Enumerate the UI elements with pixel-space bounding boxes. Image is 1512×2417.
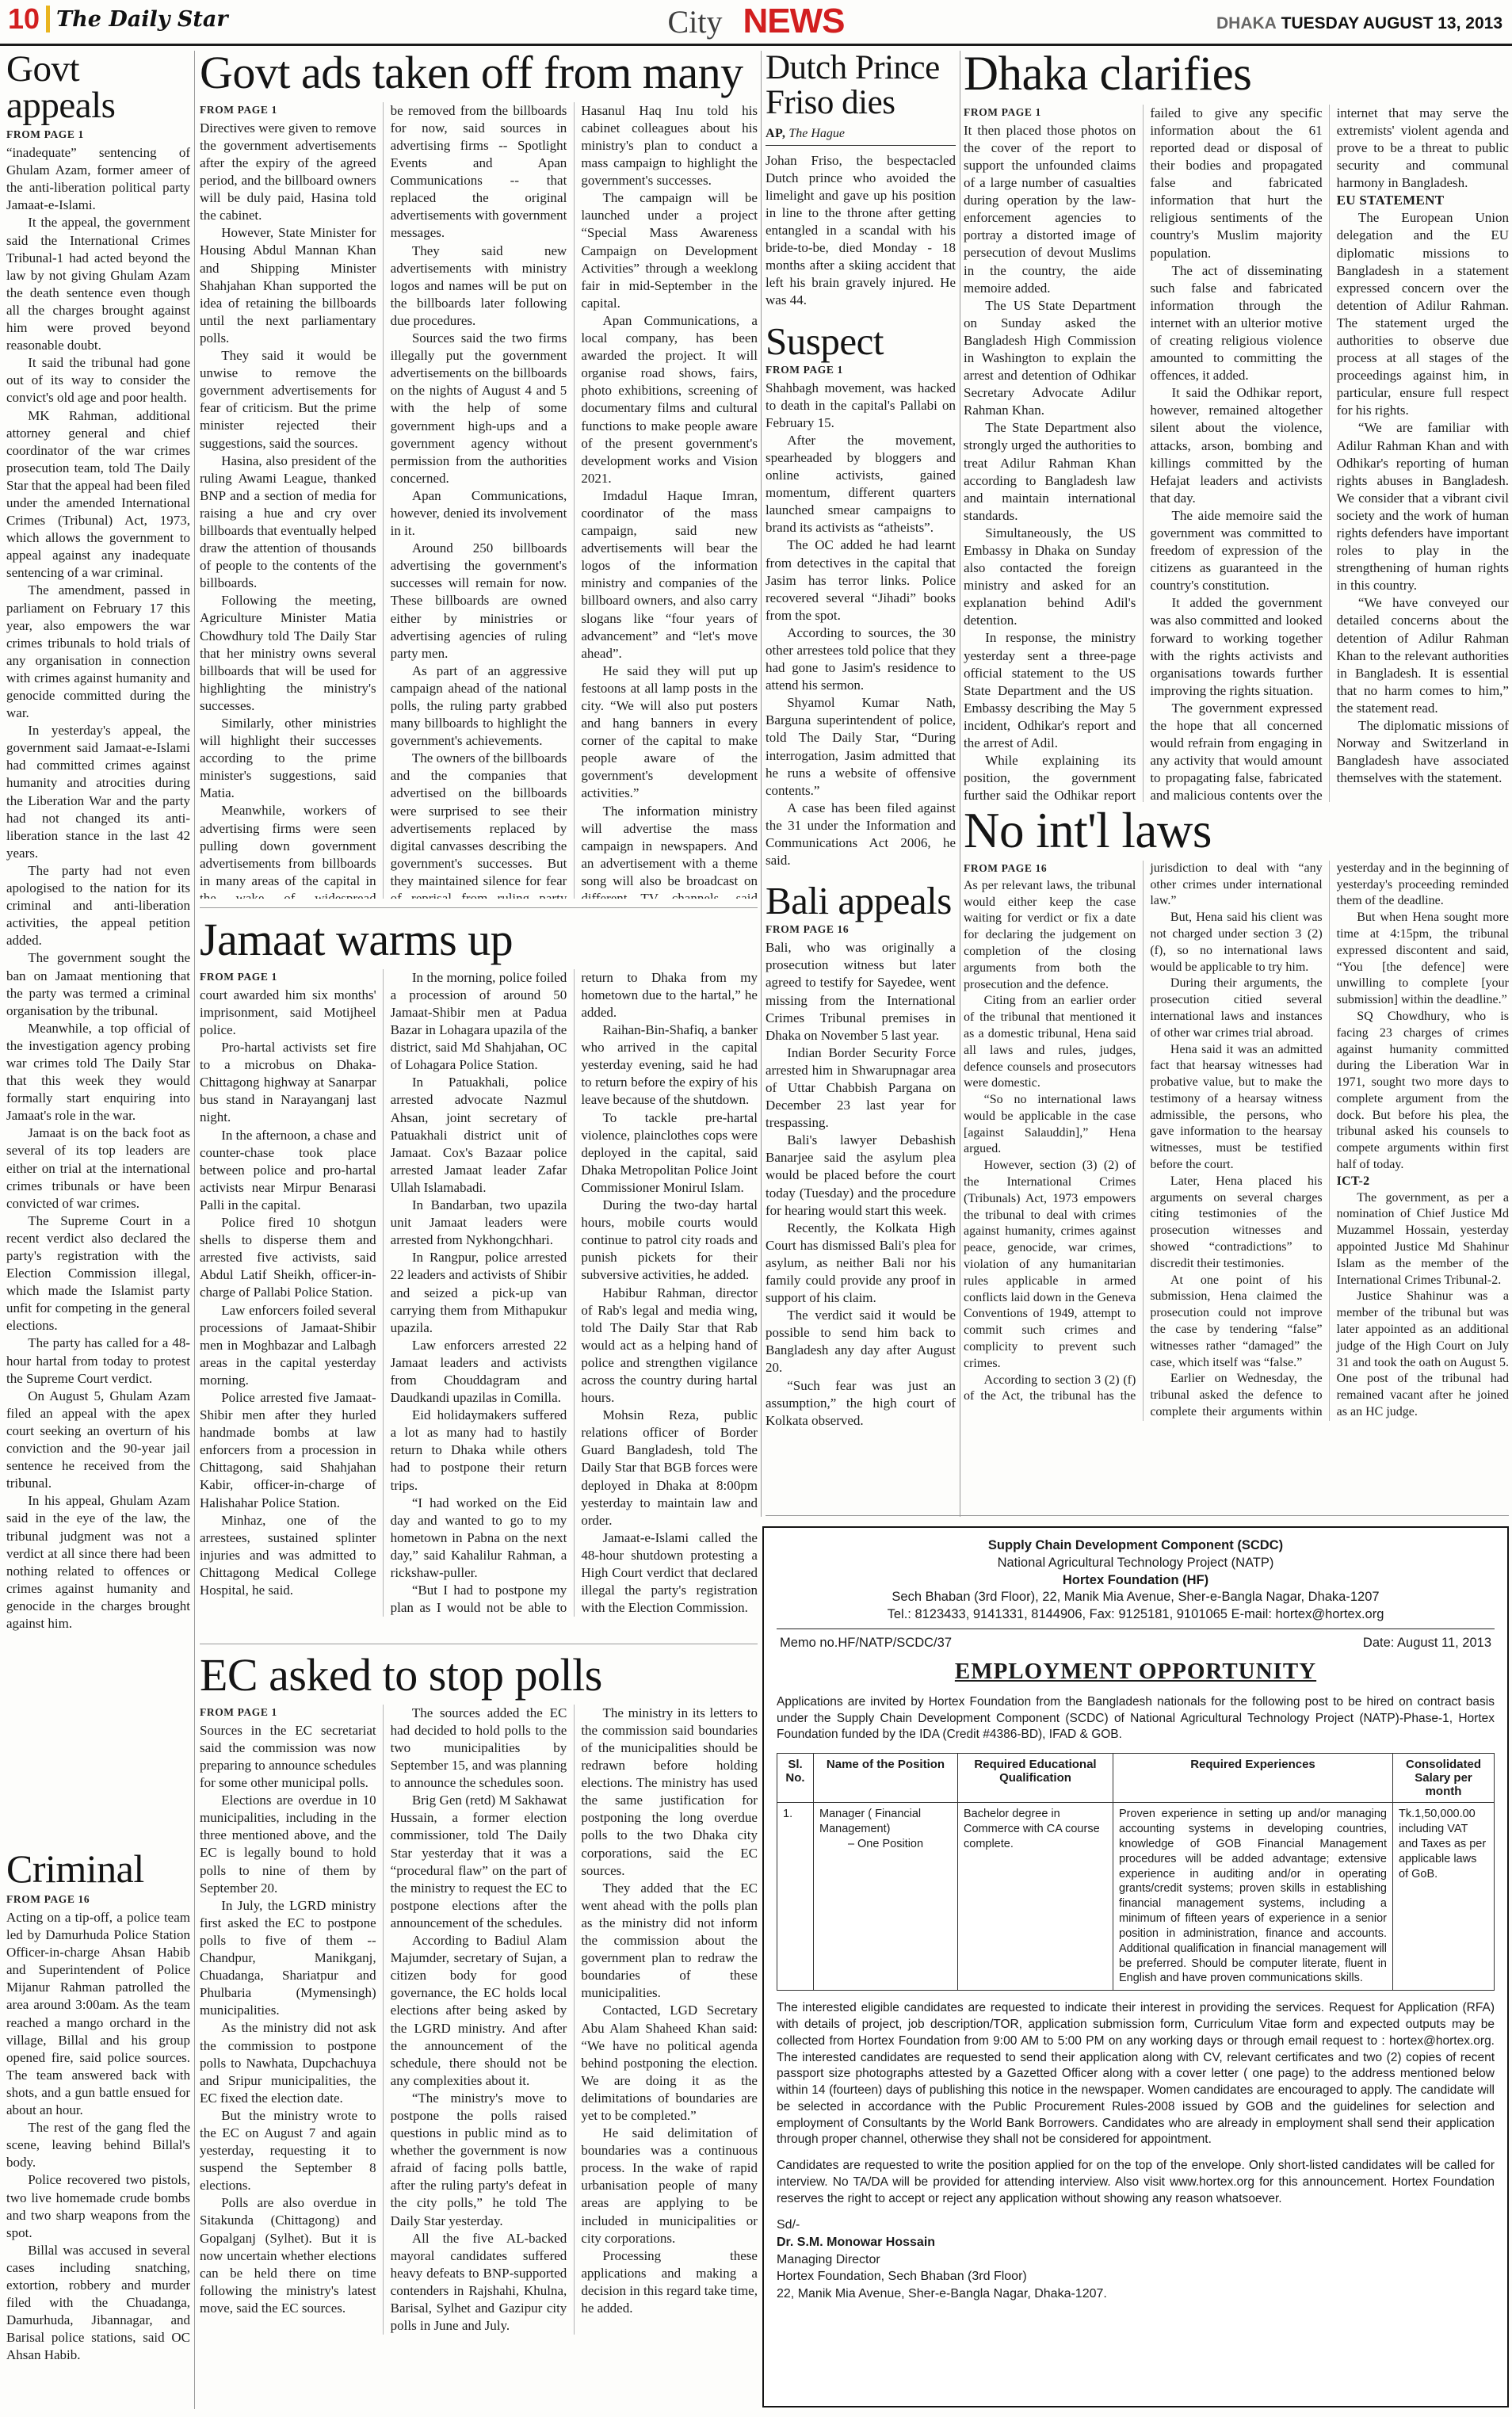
ad-date: Date: August 11, 2013 [1363,1636,1491,1651]
cell-salary: Tk.1,50,000.00 including VAT and Taxes a… [1393,1803,1495,1991]
body-no-intl-laws: FROM PAGE 16 As per relevant laws, the t… [964,861,1509,1421]
page-number: 10 [8,5,40,33]
column-rule-2 [761,51,762,1517]
section-title: City NEWS [668,2,845,41]
byline-agency: AP, [766,127,785,140]
table-row: 1. Manager ( Financial Management) – One… [777,1803,1495,1991]
cell-position: Manager ( Financial Management) – One Po… [814,1803,958,1991]
article-govt-ads: Govt ads taken off from many FROM PAGE 1… [200,51,758,899]
th-sl-no: Sl. No. [777,1754,814,1803]
kicker-ec-polls: FROM PAGE 1 [200,1706,376,1719]
byline-place: The Hague [788,127,845,140]
ad-org-header: Supply Chain Development Component (SCDC… [777,1537,1495,1624]
headline-dutch-prince: Dutch Prince Friso dies [766,51,956,120]
kicker-jamaat: FROM PAGE 1 [200,971,376,983]
separator-jamaat-ec [200,1644,758,1644]
th-position: Name of the Position [814,1754,958,1803]
body-jamaat: FROM PAGE 1 court awarded him six months… [200,969,758,1617]
byline-dutch-prince: AP, The Hague [766,127,956,146]
masthead-divider-bar [46,6,50,32]
ad-title: EMPLOYMENT OPPORTUNITY [777,1659,1495,1685]
kicker-suspect: FROM PAGE 1 [766,364,956,376]
column-5: Dutch Prince Friso dies AP, The Hague Jo… [766,51,956,1515]
cell-position-count: – One Position [819,1837,952,1852]
body-criminal: Acting on a tip-off, a police team led b… [6,1909,190,2364]
advertisement-hortex: Supply Chain Development Component (SCDC… [762,1526,1509,2407]
cell-qualification: Bachelor degree in Commerce with CA cour… [958,1803,1113,1991]
section-news-label: NEWS [743,2,844,41]
masthead-left: 10 The Daily Star [8,5,228,33]
kicker-dhaka-clarifies: FROM PAGE 1 [964,106,1136,119]
cell-sl-no: 1. [777,1803,814,1991]
kicker-govt-ads: FROM PAGE 1 [200,104,376,116]
kicker-govt-appeals: FROM PAGE 1 [6,128,190,141]
article-no-intl-laws: No int'l laws FROM PAGE 16 As per releva… [964,807,1509,1518]
ad-signature-block: Sd/-Dr. S.M. Monowar HossainManaging Dir… [777,2217,1495,2302]
headline-dhaka-clarifies: Dhaka clarifies [964,51,1509,98]
article-dhaka-clarifies: Dhaka clarifies FROM PAGE 1 It then plac… [964,51,1509,802]
headline-ec-polls: EC asked to stop polls [200,1653,758,1698]
column-rule-3 [960,51,960,1517]
ad-header-rule [777,1629,1495,1629]
cell-experience: Proven experience in setting up and/or m… [1113,1803,1393,1991]
body-suspect: Shahbagh movement, was hacked to death i… [766,380,956,870]
article-criminal: Criminal FROM PAGE 16 Acting on a tip-of… [6,1850,190,2409]
body-dutch-prince: Johan Friso, the bespectacled Dutch prin… [766,152,956,310]
separator-govtads-jamaat [200,907,758,908]
ad-para-application: The interested eligible candidates are r… [777,2000,1495,2148]
headline-govt-ads: Govt ads taken off from many [200,51,758,96]
paragraphs-dhaka-clarifies: It then placed those photos on the cover… [964,105,1509,802]
ad-memo-row: Memo no.HF/NATP/SCDC/37 Date: August 11,… [780,1636,1491,1651]
article-jamaat: Jamaat warms up FROM PAGE 1 court awarde… [200,918,758,1636]
ad-para-envelope: Candidates are requested to write the po… [777,2158,1495,2207]
ad-position-table: Sl. No. Name of the Position Required Ed… [777,1753,1495,1991]
dateline-city: DHAKA [1216,14,1277,32]
body-dhaka-clarifies: FROM PAGE 1 It then placed those photos … [964,105,1509,802]
table-header-row: Sl. No. Name of the Position Required Ed… [777,1754,1495,1803]
masthead: 10 The Daily Star City NEWS DHAKA TUESDA… [0,0,1512,46]
paper-title: The Daily Star [56,7,228,32]
body-govt-appeals: “inadequate” sentencing of Ghulam Azam, … [6,144,190,1632]
th-salary: Consolidated Salary per month [1393,1754,1495,1803]
paragraphs-govt-ads: Directives were given to remove the gove… [200,102,758,899]
section-city-label: City [668,3,723,40]
body-bali-appeals: Bali, who was originally a prosecution w… [766,939,956,1430]
headline-bali-appeals: Bali appeals [766,882,956,920]
headline-criminal: Criminal [6,1850,190,1888]
article-ec-polls: EC asked to stop polls FROM PAGE 1 Sourc… [200,1653,758,2407]
ad-memo-number: Memo no.HF/NATP/SCDC/37 [780,1636,952,1651]
th-experiences: Required Experiences [1113,1754,1393,1803]
paragraphs-ec-polls: Sources in the EC secretariat said the c… [200,1705,758,2335]
dateline-date: TUESDAY AUGUST 13, 2013 [1281,14,1502,32]
article-govt-appeals: Govt appeals FROM PAGE 1 “inadequate” se… [6,51,190,1843]
article-dutch-prince: Dutch Prince Friso dies AP, The Hague Jo… [766,51,956,310]
th-qualification: Required Educational Qualification [958,1754,1113,1803]
ad-intro: Applications are invited by Hortex Found… [777,1694,1495,1743]
headline-jamaat: Jamaat warms up [200,918,758,963]
dateline: DHAKA TUESDAY AUGUST 13, 2013 [1216,14,1502,33]
cell-position-name: Manager ( Financial Management) [819,1807,952,1837]
paragraphs-no-intl-laws: As per relevant laws, the tribunal would… [964,861,1509,1421]
kicker-no-intl-laws: FROM PAGE 16 [964,862,1136,875]
headline-no-intl-laws: No int'l laws [964,807,1509,856]
kicker-bali-appeals: FROM PAGE 16 [766,923,956,936]
headline-govt-appeals: Govt appeals [6,51,190,124]
newspaper-page: { "header": { "page_number": "10", "mast… [0,0,1512,2417]
kicker-criminal: FROM PAGE 16 [6,1893,190,1906]
body-ec-polls: FROM PAGE 1 Sources in the EC secretaria… [200,1705,758,2335]
column-rule-1 [194,51,195,2409]
article-suspect: Suspect FROM PAGE 1 Shahbagh movement, w… [766,323,956,870]
article-bali-appeals: Bali appeals FROM PAGE 16 Bali, who was … [766,882,956,1430]
paragraphs-jamaat: court awarded him six months' imprisonme… [200,969,758,1617]
body-govt-ads: FROM PAGE 1 Directives were given to rem… [200,102,758,899]
headline-suspect: Suspect [766,323,956,361]
